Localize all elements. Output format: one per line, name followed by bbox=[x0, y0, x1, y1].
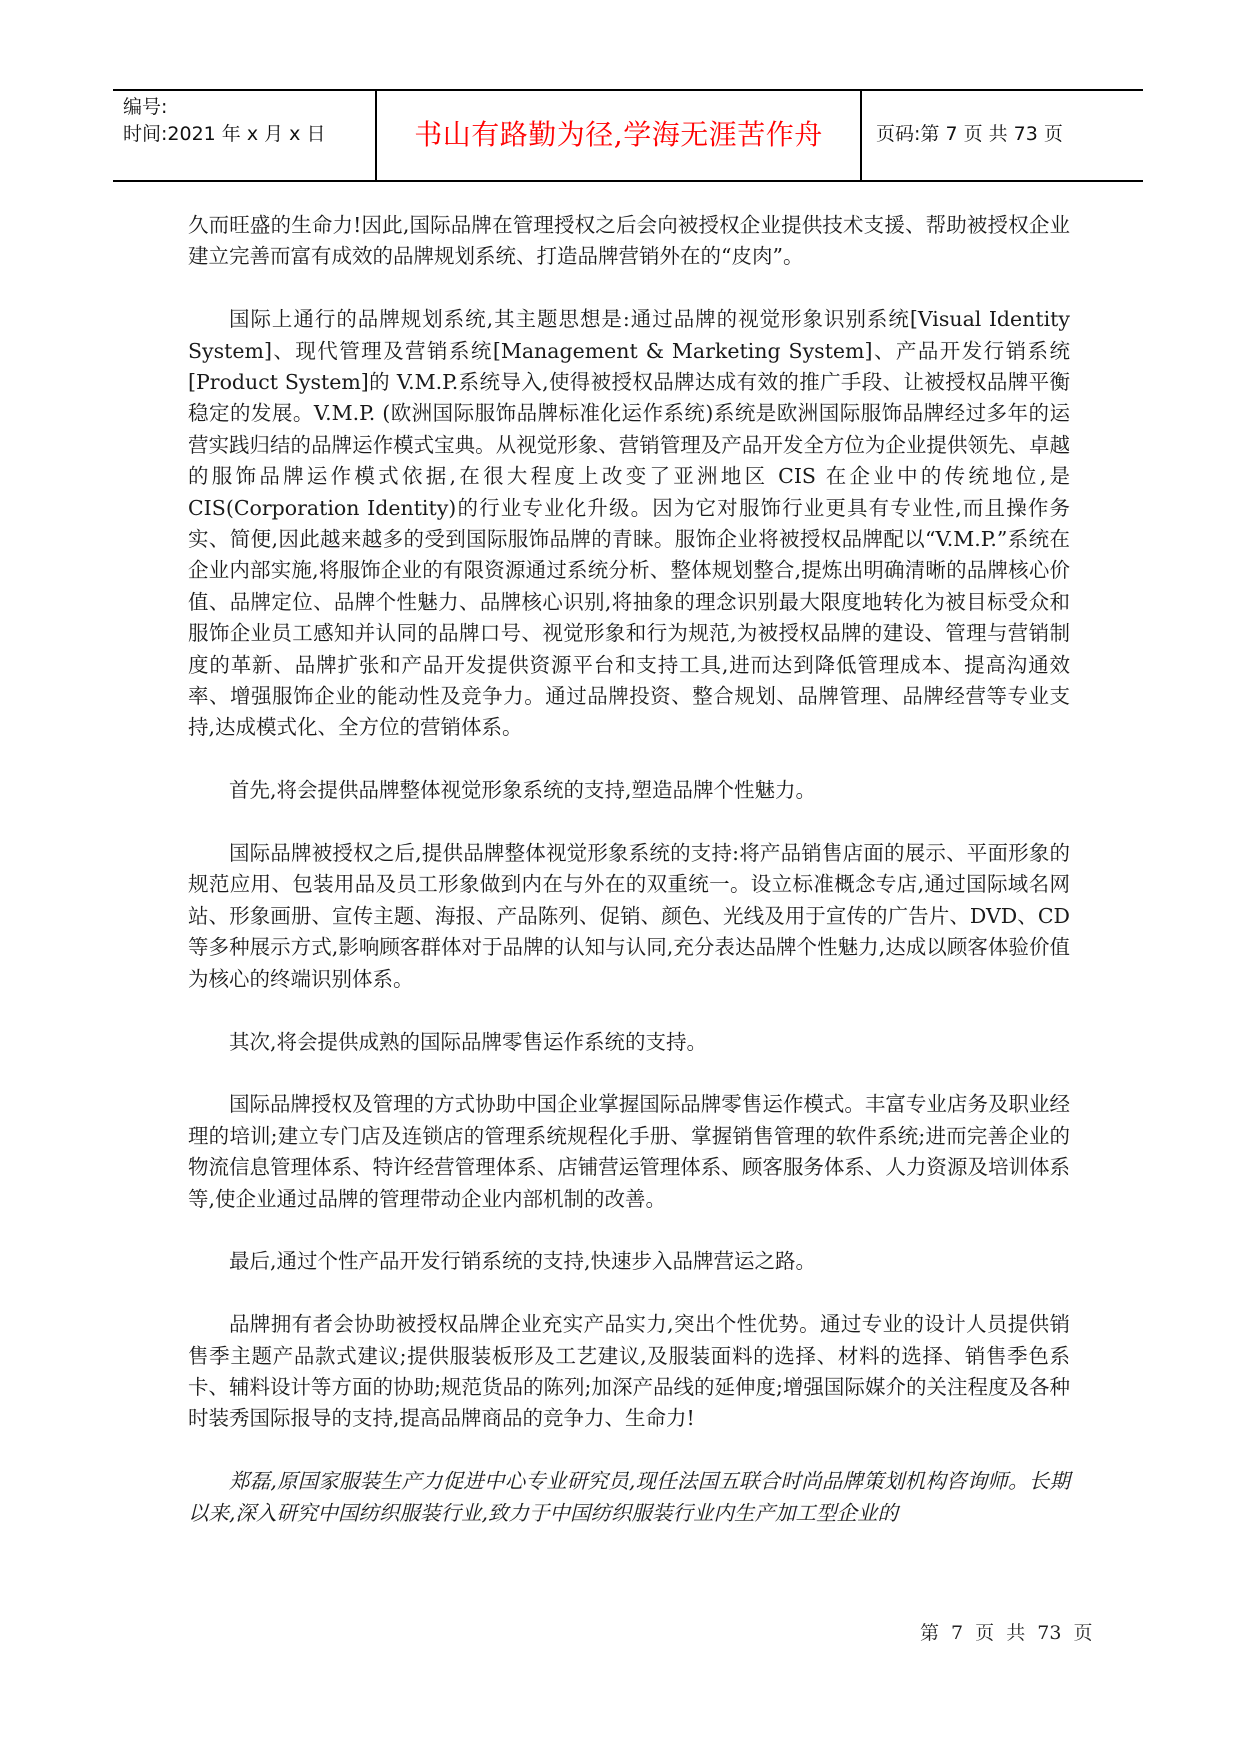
paragraph-visual-identity: 国际品牌被授权之后,提供品牌整体视觉形象系统的支持:将产品销售店面的展示、平面形… bbox=[188, 838, 1070, 995]
motto-text: 书山有路勤为径,学海无涯苦作舟 bbox=[414, 113, 822, 153]
document-number-label: 编号: bbox=[123, 94, 375, 121]
document-body: 久而旺盛的生命力!因此,国际品牌在管理授权之后会向被授权企业提供技术支援、帮助被… bbox=[188, 210, 1070, 1560]
paragraph-author-bio: 郑磊,原国家服装生产力促进中心专业研究员,现任法国五联合时尚品牌策划机构咨询师。… bbox=[188, 1466, 1070, 1529]
document-date-label: 时间:2021 年 x 月 x 日 bbox=[123, 121, 375, 148]
paragraph-continuation: 久而旺盛的生命力!因此,国际品牌在管理授权之后会向被授权企业提供技术支援、帮助被… bbox=[188, 210, 1070, 273]
paragraph-heading-first: 首先,将会提供品牌整体视觉形象系统的支持,塑造品牌个性魅力。 bbox=[188, 775, 1070, 806]
page-header: 编号: 时间:2021 年 x 月 x 日 书山有路勤为径,学海无涯苦作舟 页码… bbox=[113, 89, 1143, 182]
paragraph-heading-second: 其次,将会提供成熟的国际品牌零售运作系统的支持。 bbox=[188, 1027, 1070, 1058]
footer-page-indicator: 第 7 页 共 73 页 bbox=[920, 1622, 1092, 1644]
header-meta-cell: 编号: 时间:2021 年 x 月 x 日 bbox=[113, 91, 375, 180]
page-footer: 第 7 页 共 73 页 bbox=[920, 1618, 1092, 1645]
header-page-cell: 页码:第 7 页 共 73 页 bbox=[862, 91, 1143, 180]
paragraph-vmp-system: 国际上通行的品牌规划系统,其主题思想是:通过品牌的视觉形象识别系统[Visual… bbox=[188, 304, 1070, 744]
paragraph-product-development: 品牌拥有者会协助被授权品牌企业充实产品实力,突出个性优势。通过专业的设计人员提供… bbox=[188, 1309, 1070, 1435]
paragraph-retail-system: 国际品牌授权及管理的方式协助中国企业掌握国际品牌零售运作模式。丰富专业店务及职业… bbox=[188, 1089, 1070, 1215]
header-page-code: 页码:第 7 页 共 73 页 bbox=[876, 119, 1063, 146]
paragraph-heading-last: 最后,通过个性产品开发行销系统的支持,快速步入品牌营运之路。 bbox=[188, 1246, 1070, 1277]
header-motto-cell: 书山有路勤为径,学海无涯苦作舟 bbox=[375, 91, 862, 180]
